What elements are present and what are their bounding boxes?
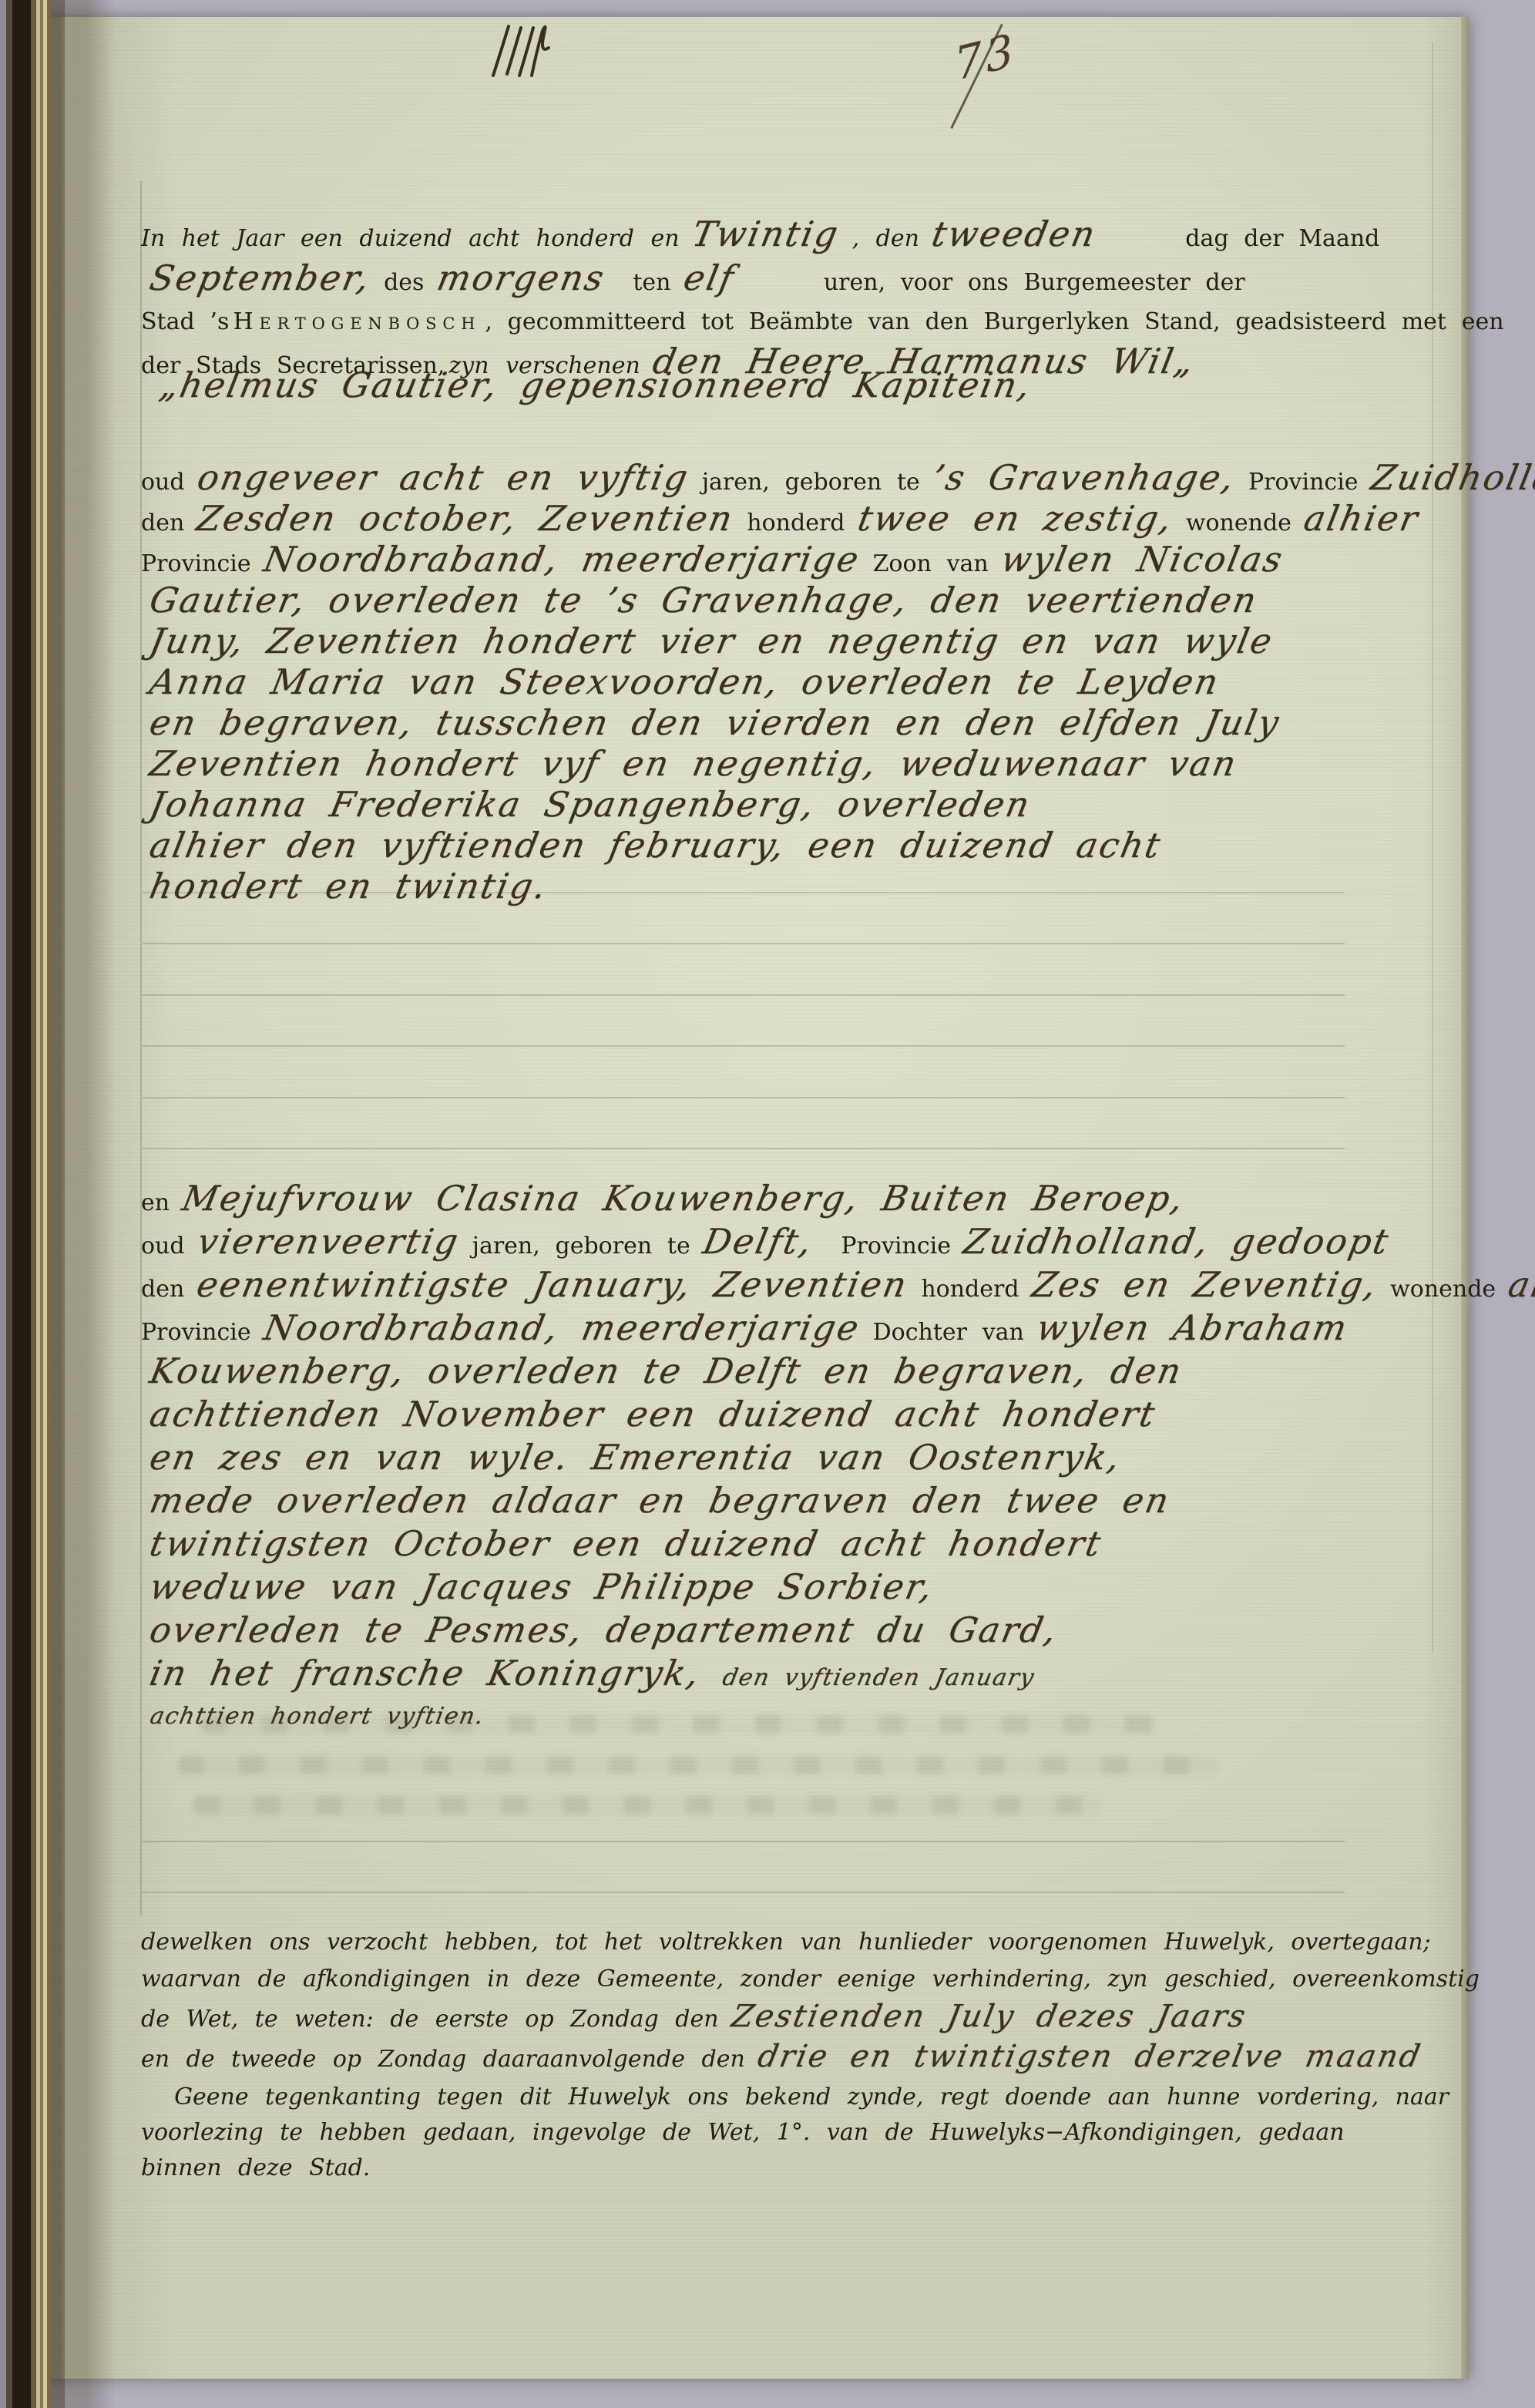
printed-text: oud [141,469,185,496]
act-line: en de tweede op Zondag daaraanvolgende d… [141,2040,1480,2080]
act-line: twintigsten October een duizend acht hon… [141,1526,1535,1569]
handwritten-text: Zuidholland, gedoopt [961,1224,1393,1259]
handwritten-text: „helmus Gautier, gepensionneerd Kapitein… [156,364,1036,407]
blank-form-rule [143,1841,1345,1842]
blank-form-rule [143,943,1345,944]
printed-text: dewelken ons verzocht hebben, tot het vo… [141,1929,1431,1956]
act-line: en begraven, tusschen den vierden en den… [141,706,1535,747]
printed-text: binnen deze Stad. [141,2154,370,2181]
printed-text: Zoon van [873,550,989,577]
paragraph-opening: In het Jaar een duizend acht honderd en … [141,216,1504,387]
book-spine-page-edges [0,0,116,2408]
printed-text: ten [618,269,671,296]
printed-text: honderd [921,1276,1019,1303]
paragraph-closing: Geene tegenkanting tegen dit Huwelyk ons… [141,2081,1449,2188]
handwritten-text: Zes en Zeventig, [1029,1267,1380,1303]
handwritten-text: Noordbraband, meerderjarige [260,1310,863,1346]
act-line: achttien hondert vyftien. [141,1699,1535,1737]
act-line: September, des morgens ten elf uren, voo… [141,260,1504,304]
handwritten-text: achttienden November een duizend acht ho… [147,1397,1160,1432]
handwritten-text: elf [680,260,738,296]
printed-text: jaren, geboren te [472,1233,690,1259]
scanned-marriage-record-page: 73 In het Jaar een duizend acht honderd … [0,0,1535,2408]
printed-text: , gecommitteerd tot Beämbte van den Burg… [485,308,1503,335]
printed-text: Stad ’s [141,308,229,335]
handwritten-text: Anna Maria van Steexvoorden, overleden t… [147,665,1223,698]
act-line: waarvan de afkondigingen in deze Gemeent… [141,1962,1480,1999]
act-line: Juny, Zeventien hondert vier en negentig… [141,624,1535,665]
handwritten-text: Twintig [689,216,842,252]
printed-text: Hertogenbosch [233,308,481,335]
act-line: Gautier, overleden te ’s Gravenhage, den… [141,584,1535,624]
act-line: Stad ’s Hertogenbosch , gecommitteerd to… [141,304,1504,343]
printed-text: waarvan de afkondigingen in deze Gemeent… [141,1966,1480,1993]
handwritten-text: weduwe van Jacques Philippe Sorbier, [147,1569,937,1605]
paragraph-banns: dewelken ons verzocht hebben, tot het vo… [141,1925,1480,2080]
act-line: achttienden November een duizend acht ho… [141,1397,1535,1440]
blank-form-rule [143,1148,1345,1149]
printed-text: voorlezing te hebben gedaan, ingevolge d… [141,2119,1345,2146]
act-line: Provincie Noordbraband, meerderjarige Zo… [141,543,1535,584]
printed-text: en [141,1189,170,1216]
act-line: binnen deze Stad. [141,2152,1449,2188]
handwritten-text: Johanna Frederika Spangenberg, overleden [147,788,1034,821]
printed-text: , den [852,225,919,252]
act-line: In het Jaar een duizend acht honderd en … [141,216,1504,260]
handwritten-text: hondert en twintig. [147,869,551,903]
handwritten-text: Delft, [700,1224,816,1259]
handwritten-text: twintigsten October een duizend acht hon… [147,1526,1106,1562]
blank-form-rule [143,1097,1345,1098]
blank-form-rule [143,1045,1345,1047]
handwritten-text: Noordbraband, meerderjarige [261,543,863,576]
act-line: de Wet, te weten: de eerste op Zondag de… [141,1999,1480,2040]
printed-text: Provincie [826,1233,951,1259]
act-line: alhier den vyftienden february, een duiz… [141,829,1535,869]
blank-form-rule [143,1892,1345,1893]
handwritten-text: overleden te Pesmes, departement du Gard… [147,1613,1061,1648]
printed-text: Provincie [141,1319,251,1346]
printed-text: Dochter van [873,1319,1024,1346]
handwritten-text: en zes en van wyle. Emerentia van Oosten… [147,1440,1125,1475]
ink-bleedthrough [193,1796,1102,1814]
printed-text: jaren, geboren te [702,469,920,496]
printed-text: Provincie [141,550,251,577]
act-line: Johanna Frederika Spangenberg, overleden [141,788,1535,829]
handwritten-text: drie en twintigsten derzelve maand [755,2040,1425,2073]
act-line: den eenentwintigste January, Zeventien h… [141,1267,1535,1310]
handwritten-text: twee en zestig, [855,502,1175,535]
printed-text: wonende [1390,1276,1496,1303]
handwritten-text: vierenveertig [194,1224,462,1259]
handwritten-text: morgens [434,260,608,296]
handwritten-text: Zeventien hondert vyf en negentig, weduw… [147,747,1241,780]
handwritten-text: ’s Gravenhage, [930,461,1238,494]
printed-text: de Wet, te weten: de eerste op Zondag de… [141,2006,719,2033]
printed-text: Provincie [1248,469,1359,496]
handwritten-text: tweeden [929,216,1100,252]
handwritten-text: alhier [1302,502,1422,535]
act-line: Provincie Noordbraband, meerderjarige Do… [141,1310,1535,1354]
act-line: in het fransche Koningryk, den vyftiende… [141,1656,1535,1699]
handwritten-text: Kouwenberg, overleden te Delft en begrav… [147,1354,1186,1389]
act-line: en zes en van wyle. Emerentia van Oosten… [141,1440,1535,1483]
handwritten-text: achttien hondert vyftien. [147,1699,488,1734]
printed-text: dag der Maand [1110,225,1380,252]
blank-form-rule [143,994,1345,996]
act-line: dewelken ons verzocht hebben, tot het vo… [141,1925,1480,1962]
ink-bleedthrough [177,1756,1218,1774]
paragraph-bride-details: en Mejufvrouw Clasina Kouwenberg, Buiten… [141,1181,1535,1737]
handwritten-text: wylen Abraham [1033,1310,1351,1346]
handwritten-text: alhier den vyftienden february, een duiz… [147,829,1164,862]
paragraph-groom-details: oud ongeveer acht en vyftig jaren, gebor… [141,461,1535,910]
printed-text: uren, voor ons Burgemeester der [747,269,1245,296]
act-line: voorlezing te hebben gedaan, ingevolge d… [141,2117,1449,2152]
handwritten-text: Gautier, overleden te ’s Gravenhage, den… [147,584,1261,617]
handwritten-text: alhier [1506,1267,1535,1303]
printed-text: en de tweede op Zondag daaraanvolgende d… [141,2046,745,2073]
handwritten-text: Zestienden July dezes Jaars [728,1999,1249,2033]
act-line: Kouwenberg, overleden te Delft en begrav… [141,1354,1535,1397]
handwritten-text: in het fransche Koningryk, [147,1656,704,1691]
handwritten-text: Juny, Zeventien hondert vier en negentig… [147,624,1277,657]
handwritten-text: September, [146,260,374,296]
printed-text: des [384,269,424,296]
paraaf-flourish-icon [485,22,578,83]
handwritten-text: ongeveer acht en vyftig [195,461,692,494]
handwritten-text: eenentwintigste January, Zeventien [194,1267,912,1303]
printed-text: den [141,1276,184,1303]
handwritten-text: mede overleden aldaar en begraven den tw… [147,1483,1174,1518]
printed-text: In het Jaar een duizend acht honderd en [141,225,680,252]
printed-text: wonende [1186,510,1291,536]
printed-text: Geene tegenkanting tegen dit Huwelyk ons… [141,2083,1449,2110]
act-line: oud ongeveer acht en vyftig jaren, gebor… [141,461,1535,502]
handwritten-text: den vyftienden January [719,1660,1037,1696]
act-line: Geene tegenkanting tegen dit Huwelyk ons… [141,2081,1449,2117]
act-line: en Mejufvrouw Clasina Kouwenberg, Buiten… [141,1181,1535,1224]
paragraph-opening-continuation: „helmus Gautier, gepensionneerd Kapitein… [151,364,1040,415]
act-line: den Zesden october, Zeventien honderd tw… [141,502,1535,543]
printed-text: den [141,510,184,536]
act-line: mede overleden aldaar en begraven den tw… [141,1483,1535,1526]
handwritten-text: Zuidholland, [1368,461,1535,494]
printed-text: honderd [747,510,845,536]
handwritten-text: en begraven, tusschen den vierden en den… [147,706,1283,739]
handwritten-text: wylen Nicolas [999,543,1287,576]
act-line: Anna Maria van Steexvoorden, overleden t… [141,665,1535,706]
handwritten-text: Mejufvrouw Clasina Kouwenberg, Buiten Be… [180,1181,1188,1216]
act-line: Zeventien hondert vyf en negentig, weduw… [141,747,1535,788]
printed-text: oud [141,1233,185,1259]
folio-number: 73 [954,31,1017,83]
act-line: hondert en twintig. [141,869,1535,910]
handwritten-text: Zesden october, Zeventien [194,502,737,535]
act-line: oud vierenveertig jaren, geboren te Delf… [141,1224,1535,1267]
act-line: „helmus Gautier, gepensionneerd Kapitein… [151,364,1040,415]
act-line: weduwe van Jacques Philippe Sorbier, [141,1569,1535,1613]
act-line: overleden te Pesmes, departement du Gard… [141,1613,1535,1656]
